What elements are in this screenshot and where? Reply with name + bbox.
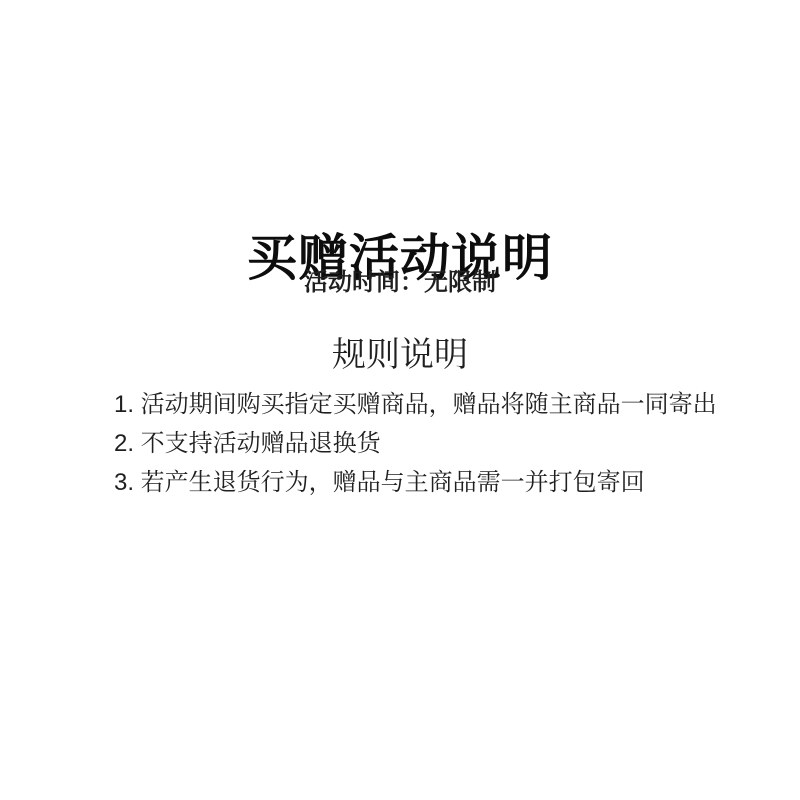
- rule-item-3: 3. 若产生退货行为，赠品与主商品需一并打包寄回: [114, 463, 740, 502]
- promo-policy-image: 买赠活动说明 活动时间：无限制 规则说明 1. 活动期间购买指定买赠商品，赠品将…: [0, 0, 800, 800]
- rule-item-1: 1. 活动期间购买指定买赠商品，赠品将随主商品一同寄出: [114, 385, 740, 424]
- rules-heading: 规则说明: [0, 334, 800, 376]
- rules-list: 1. 活动期间购买指定买赠商品，赠品将随主商品一同寄出 2. 不支持活动赠品退换…: [114, 385, 740, 502]
- activity-time-text: 活动时间：无限制: [0, 268, 800, 298]
- rule-item-2: 2. 不支持活动赠品退换货: [114, 424, 740, 463]
